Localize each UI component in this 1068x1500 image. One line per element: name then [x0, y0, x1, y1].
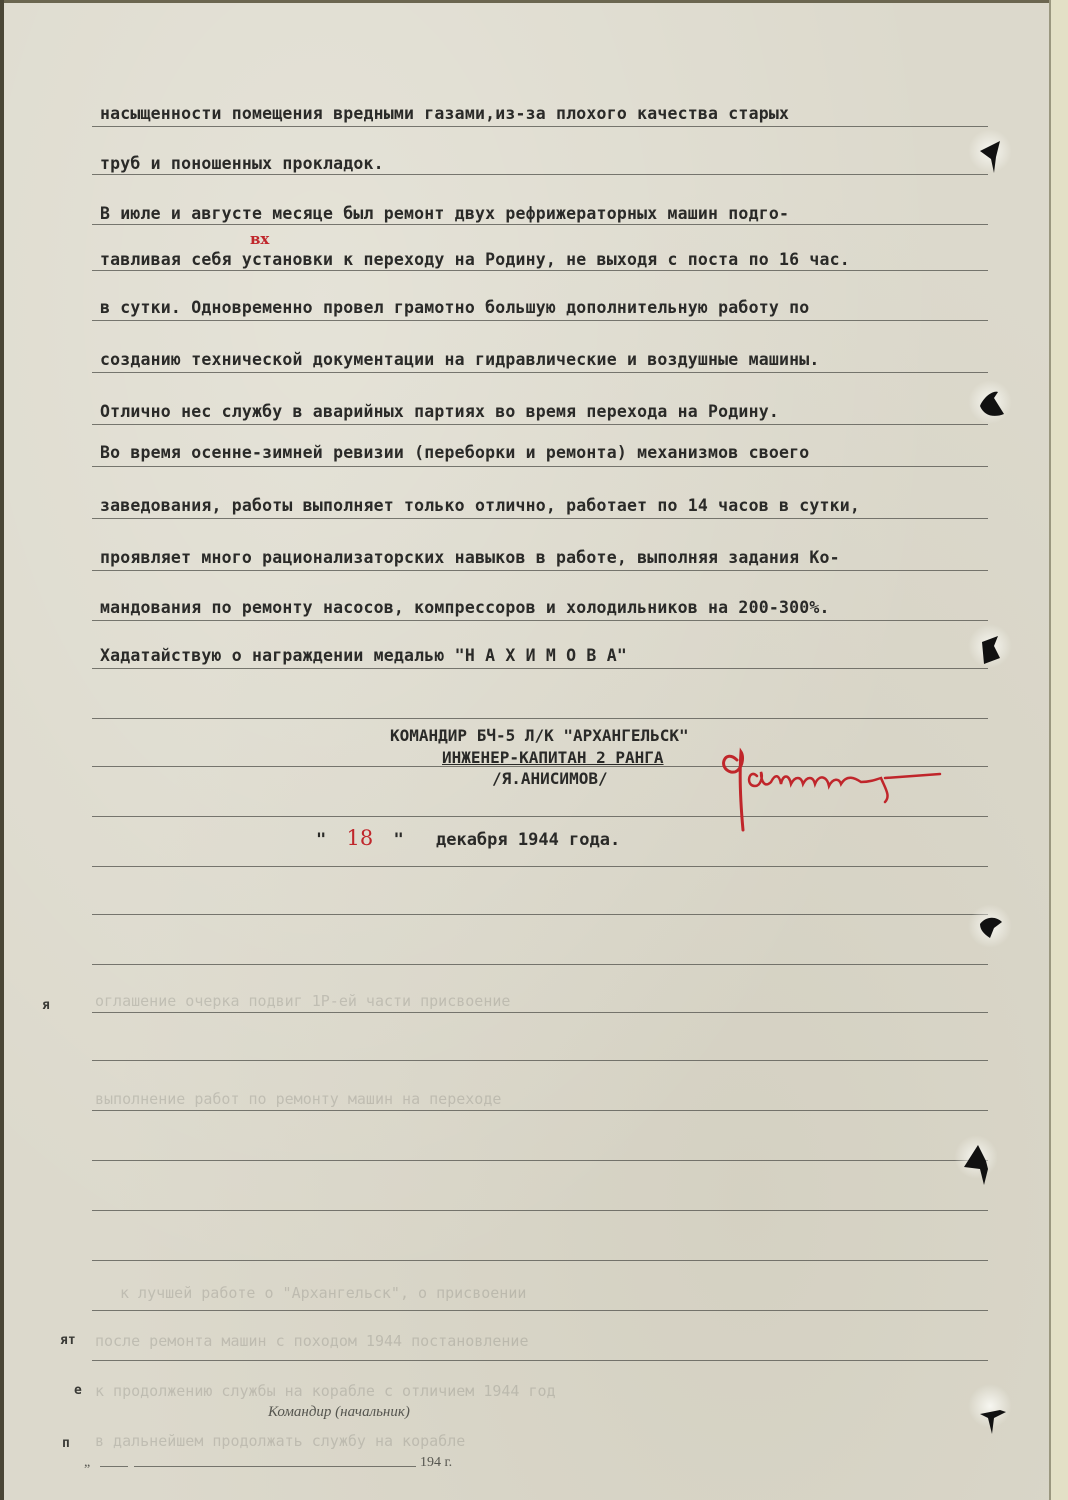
ruled-line — [92, 1310, 988, 1311]
bleed-through-text: к лучшей работе о "Архангельск", о присв… — [120, 1284, 526, 1302]
ruled-line — [92, 1060, 988, 1061]
body-line-11: мандования по ремонту насосов, компрессо… — [100, 598, 830, 617]
body-line-1: насыщенности помещения вредными газами,и… — [100, 104, 789, 123]
page-edge-left — [0, 0, 4, 1500]
body-line-7: Отлично нес службу в аварийных партиях в… — [100, 402, 779, 421]
body-line-12-petition: Хадатайствую о награждении медалью "Н А … — [100, 646, 627, 665]
form-date-suffix: 194 г. — [420, 1455, 452, 1471]
punch-hole — [976, 137, 1004, 165]
ruled-line — [92, 1160, 988, 1161]
ruled-line — [92, 718, 988, 719]
ruled-line — [92, 320, 988, 321]
ruled-line — [92, 914, 988, 915]
ruled-line — [92, 570, 988, 571]
date-close-quote: " — [393, 830, 403, 850]
signer-rank: ИНЖЕНЕР-КАПИТАН 2 РАНГА — [442, 748, 664, 767]
punch-hole — [976, 388, 1004, 416]
ruled-line — [92, 1110, 988, 1111]
punch-hole — [962, 1143, 990, 1171]
body-line-3: В июле и августе месяце был ремонт двух … — [100, 204, 789, 223]
ruled-line — [92, 1360, 988, 1361]
form-date-prefix: „ — [84, 1455, 90, 1471]
body-line-8: Во время осенне-зимней ревизии (переборк… — [100, 443, 809, 462]
form-date-month-rule — [134, 1466, 416, 1467]
form-date-day-rule — [100, 1466, 128, 1467]
date-month-year: декабря 1944 года. — [436, 830, 620, 850]
document-page: оглашение очерка подвиг 1Р-ей части прис… — [0, 0, 1068, 1500]
body-line-6: созданию технической документации на гид… — [100, 350, 820, 369]
date-day: 18 — [347, 826, 374, 850]
margin-mark: п — [62, 1436, 70, 1451]
page-margin-strip — [1051, 0, 1068, 1500]
ruled-line — [92, 424, 988, 425]
body-line-9: заведования, работы выполняет только отл… — [100, 496, 860, 515]
ruled-line — [92, 964, 988, 965]
bleed-through-text: выполнение работ по ремонту машин на пер… — [95, 1090, 501, 1108]
signer-position: КОМАНДИР БЧ-5 Л/К "АРХАНГЕЛЬСК" — [390, 726, 689, 745]
ruled-line — [92, 1210, 988, 1211]
bleed-through-text: к продолжению службы на корабле с отличи… — [95, 1382, 556, 1400]
date-line: " 18 " декабря 1944 года. — [316, 826, 620, 850]
ruled-line — [92, 224, 988, 225]
ruled-line — [92, 270, 988, 271]
ruled-line — [92, 126, 988, 127]
ruled-line — [92, 620, 988, 621]
punch-hole — [976, 1392, 1004, 1420]
punch-hole — [976, 912, 1004, 940]
page-edge-top — [0, 0, 1068, 3]
margin-mark: ят — [60, 1333, 76, 1348]
body-line-5: в сутки. Одновременно провел грамотно бо… — [100, 298, 809, 317]
ruled-line — [92, 668, 988, 669]
ruled-line — [92, 1260, 988, 1261]
handwritten-signature — [715, 738, 950, 838]
bleed-through-text: в дальнейшем продолжать службу на корабл… — [95, 1432, 465, 1450]
body-line-10: проявляет много рационализаторских навык… — [100, 548, 840, 567]
body-line-2-text: труб и поношенных прокладок. — [100, 154, 384, 173]
bleed-through-text: оглашение очерка подвиг 1Р-ей части прис… — [95, 992, 510, 1010]
signer-name: /Я.АНИСИМОВ/ — [492, 769, 608, 788]
punch-hole — [976, 632, 1004, 660]
margin-mark: е — [74, 1383, 82, 1398]
ruled-line — [92, 466, 988, 467]
ruled-line — [92, 518, 988, 519]
form-label-commander: Командир (начальник) — [268, 1404, 410, 1421]
date-open-quote: " — [316, 830, 326, 850]
body-line-4: тавливая себя установки к переходу на Ро… — [100, 250, 850, 269]
margin-mark: я — [42, 998, 50, 1013]
ruled-line — [92, 372, 988, 373]
ruled-line — [92, 866, 988, 867]
ruled-line — [92, 174, 988, 175]
handwritten-correction: вх — [250, 230, 269, 248]
bleed-through-text: после ремонта машин с походом 1944 поста… — [95, 1332, 528, 1350]
ruled-line — [92, 1012, 988, 1013]
body-line-2: труб и поношенных прокладок. — [100, 154, 384, 173]
